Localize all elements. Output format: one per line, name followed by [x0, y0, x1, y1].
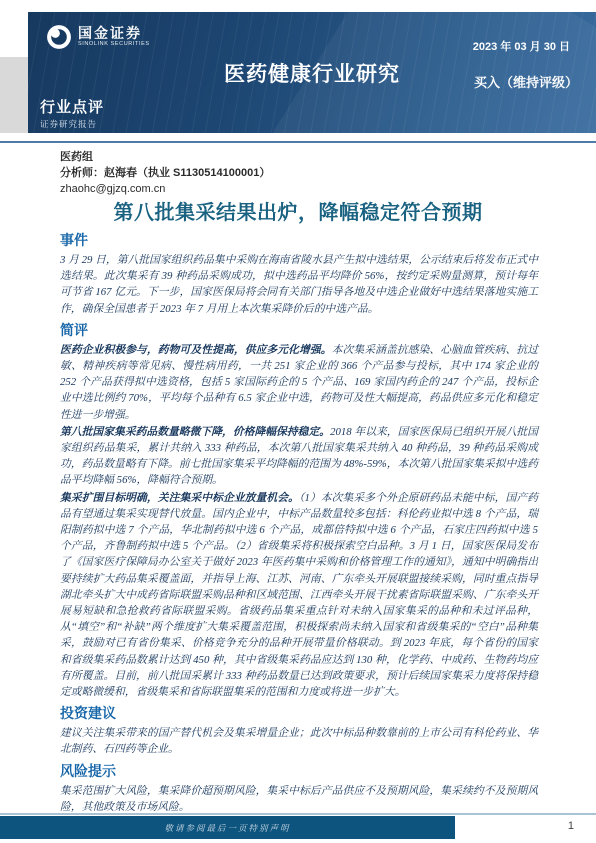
paragraph: 集采扩围目标明确，关注集采中标企业放量机会。（1）本次集采多个外企原研药品未能中…: [60, 490, 538, 701]
analyst-group: 医药组: [60, 149, 270, 165]
paragraph: 集采范围扩大风险，集采降价超预期风险，集采中标后产品供应不及预期风险，集采续约不…: [60, 783, 538, 815]
sinolink-logo-icon: [46, 24, 72, 50]
brand-text: 国金证券 SINOLINK SECURITIES: [78, 26, 150, 48]
section-heading-investment: 投资建议: [60, 701, 538, 725]
report-body: 事件 3 月 29 日，第八批国家组织药品集中采购在海南省陵水县产生拟中选结果，…: [60, 228, 538, 816]
section-investment-advice: 投资建议 建议关注集采带来的国产替代机会及集采增量企业；此次中标品种数靠前的上市…: [60, 701, 538, 757]
section-comment: 简评 医药企业积极参与，药物可及性提高，供应多元化增强。本次集采涵盖抗感染、心脑…: [60, 318, 538, 700]
analyst-block: 医药组 分析师：赵海春（执业 S1130514100001） zhaohc@gj…: [60, 149, 270, 197]
footer-disclaimer-text: 敬请参阅最后一页特别声明: [164, 822, 290, 834]
section-event: 事件 3 月 29 日，第八批国家组织药品集中采购在海南省陵水县产生拟中选结果，…: [60, 228, 538, 317]
footer-disclaimer-bar: 敬请参阅最后一页特别声明: [0, 816, 455, 839]
paragraph: 3 月 29 日，第八批国家组织药品集中采购在海南省陵水县产生拟中选结果，公示结…: [60, 252, 538, 317]
paragraph: 建议关注集采带来的国产替代机会及集采增量企业；此次中标品种数靠前的上市公司有科伦…: [60, 725, 538, 757]
document-title: 第八批集采结果出炉，降幅稳定符合预期: [0, 196, 596, 225]
footer-divider: [0, 813, 596, 815]
left-gray-strip: [0, 57, 28, 133]
section-heading-comment: 简评: [60, 318, 538, 342]
brand-block: 国金证券 SINOLINK SECURITIES: [46, 24, 150, 50]
header-divider: [0, 141, 596, 143]
page-number: 1: [568, 820, 574, 832]
section-risk-warning: 风险提示 集采范围扩大风险，集采降价超预期风险，集采中标后产品供应不及预期风险，…: [60, 759, 538, 815]
paragraph: 第八批国家集采药品数量略微下降，价格降幅保持稳定。2018 年以来，国家医保局已…: [60, 424, 538, 489]
rating-badge: 买入（维持评级）: [474, 72, 578, 91]
report-category-sub: 证券研究报告: [40, 118, 97, 130]
analyst-name: 分析师：赵海春（执业 S1130514100001）: [60, 165, 270, 181]
report-banner: 国金证券 SINOLINK SECURITIES 2023 年 03 月 30 …: [28, 12, 596, 133]
brand-name-en: SINOLINK SECURITIES: [78, 41, 150, 48]
section-heading-risk: 风险提示: [60, 759, 538, 783]
analyst-email: zhaohc@gjzq.com.cn: [60, 181, 270, 197]
report-date: 2023 年 03 月 30 日: [473, 38, 570, 54]
paragraph: 医药企业积极参与，药物可及性提高，供应多元化增强。本次集采涵盖抗感染、心脑血管疾…: [60, 342, 538, 423]
report-page: 国金证券 SINOLINK SECURITIES 2023 年 03 月 30 …: [0, 0, 596, 843]
brand-name-cn: 国金证券: [78, 26, 150, 41]
report-category: 行业点评: [40, 96, 104, 117]
section-heading-event: 事件: [60, 228, 538, 252]
